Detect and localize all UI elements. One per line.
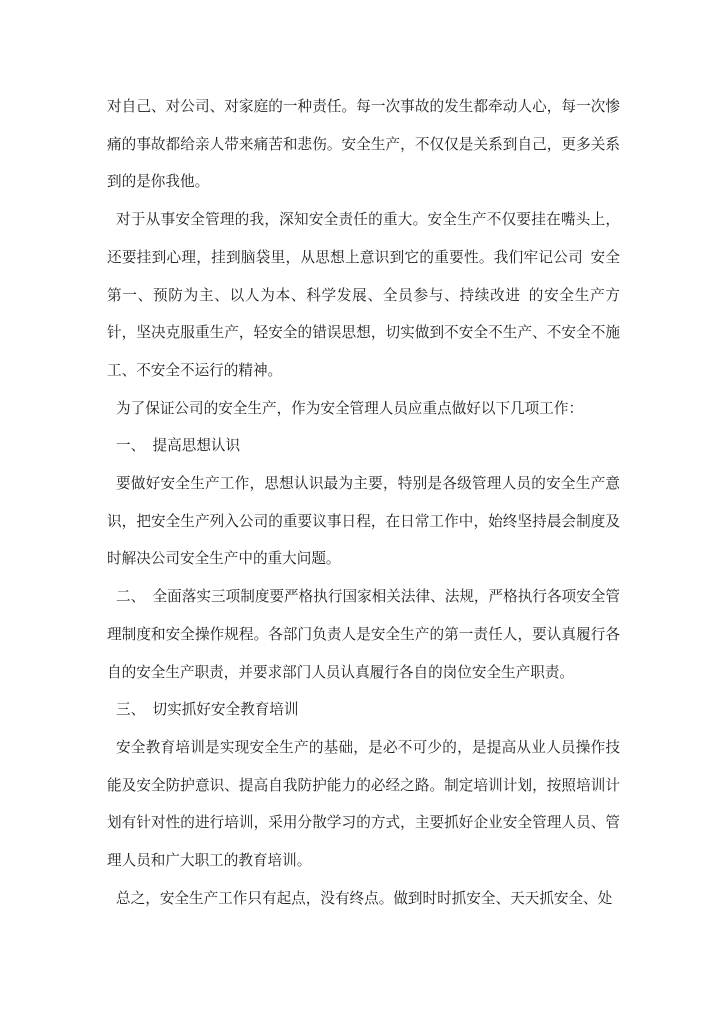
- paragraph: 二、 全面落实三项制度要严格执行国家相关法律、法规，严格执行各项安全管理制度和安…: [107, 579, 620, 692]
- document-page: 对自己、对公司、对家庭的一种责任。每一次事故的发生都牵动人心，每一次惨痛的事故都…: [0, 0, 721, 1020]
- heading-item-1: 一、 提高思想认识: [107, 428, 620, 466]
- paragraph: 对自己、对公司、对家庭的一种责任。每一次事故的发生都牵动人心，每一次惨痛的事故都…: [107, 89, 620, 202]
- document-text-block: 对自己、对公司、对家庭的一种责任。每一次事故的发生都牵动人心，每一次惨痛的事故都…: [107, 0, 620, 918]
- paragraph: 安全教育培训是实现安全生产的基础，是必不可少的，是提高从业人员操作技能及安全防护…: [107, 730, 620, 881]
- paragraph: 要做好安全生产工作，思想认识最为主要，特别是各级管理人员的安全生产意识，把安全生…: [107, 466, 620, 579]
- paragraph: 总之，安全生产工作只有起点，没有终点。做到时时抓安全、天天抓安全、处: [107, 881, 620, 919]
- paragraph: 为了保证公司的安全生产，作为安全管理人员应重点做好以下几项工作：: [107, 391, 620, 429]
- paragraph: 对于从事安全管理的我，深知安全责任的重大。安全生产不仅要挂在嘴头上，还要挂到心理…: [107, 202, 620, 391]
- heading-item-3: 三、 切实抓好安全教育培训: [107, 692, 620, 730]
